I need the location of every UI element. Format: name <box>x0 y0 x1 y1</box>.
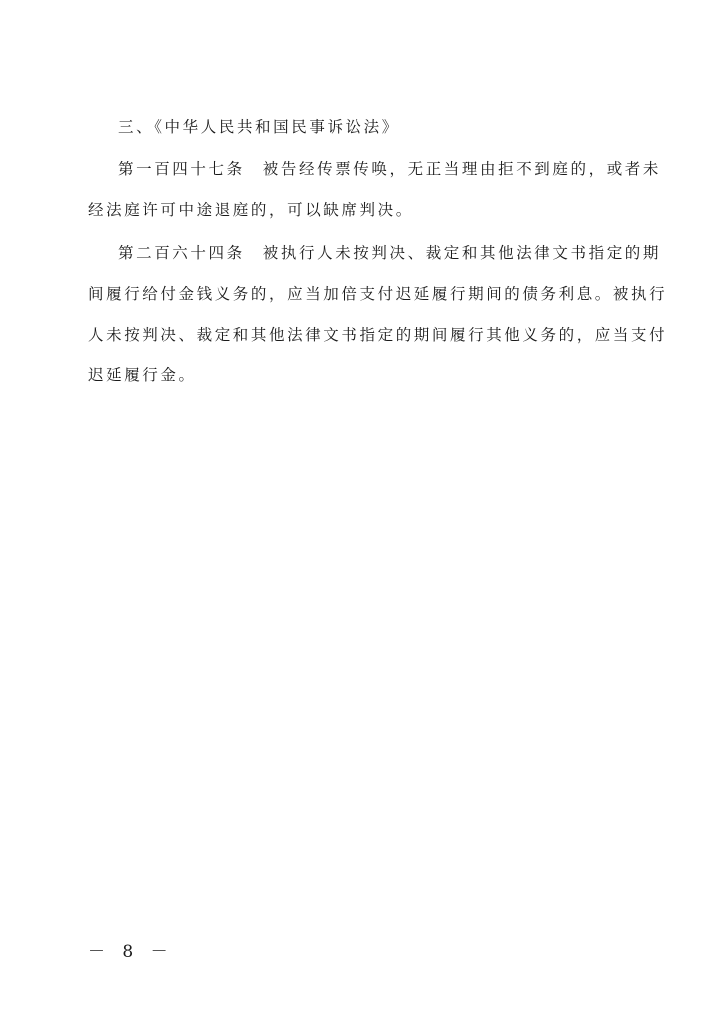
article-264-line-4: 迟延履行金。 <box>88 363 197 385</box>
section-heading: 三、《中华人民共和国民事诉讼法》 <box>118 115 400 137</box>
article-147-line-1: 第一百四十七条 被告经传票传唤，无正当理由拒不到庭的，或者未 <box>118 157 661 179</box>
page-number: － 8 － <box>88 937 174 962</box>
article-264-line-2: 间履行给付金钱义务的，应当加倍支付迟延履行期间的债务利息。被执行 <box>88 282 667 304</box>
article-147-line-2: 经法庭许可中途退庭的，可以缺席判决。 <box>88 198 414 220</box>
article-264-line-1: 第二百六十四条 被执行人未按判决、裁定和其他法律文书指定的期 <box>118 241 661 263</box>
article-264-line-3: 人未按判决、裁定和其他法律文书指定的期间履行其他义务的，应当支付 <box>88 323 667 345</box>
